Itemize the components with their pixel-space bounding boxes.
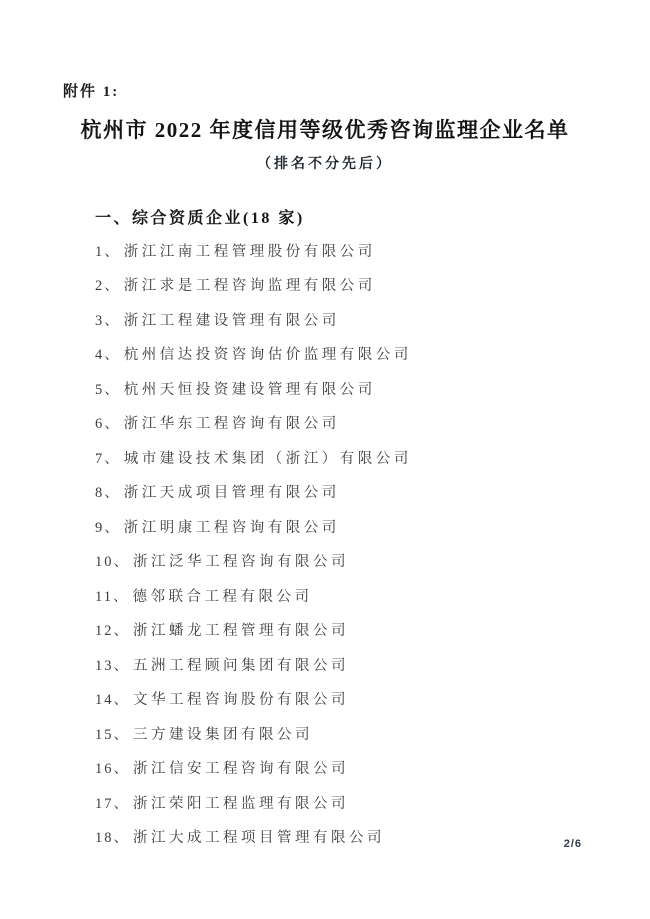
list-item: 10、 浙江泛华工程咨询有限公司	[95, 544, 650, 579]
company-name: 三方建设集团有限公司	[133, 723, 313, 744]
company-name: 德邻联合工程有限公司	[132, 585, 312, 606]
company-list: 1、 浙江江南工程管理股份有限公司 2、 浙江求是工程咨询监理有限公司 3、 浙…	[95, 233, 650, 854]
company-name: 浙江信安工程咨询有限公司	[133, 757, 349, 778]
page-title: 杭州市 2022 年度信用等级优秀咨询监理企业名单	[20, 116, 630, 144]
company-name: 五洲工程顾问集团有限公司	[133, 654, 349, 675]
company-name: 浙江求是工程咨询监理有限公司	[124, 274, 376, 295]
list-item-number: 4、	[95, 343, 121, 364]
list-item-number: 1、	[95, 240, 121, 261]
list-item: 14、 文华工程咨询股份有限公司	[95, 682, 650, 717]
list-item-number: 3、	[95, 309, 121, 330]
list-item: 9、 浙江明康工程咨询有限公司	[95, 509, 650, 544]
company-name: 浙江大成工程项目管理有限公司	[133, 826, 385, 847]
list-item: 8、 浙江天成项目管理有限公司	[95, 475, 650, 510]
list-item-number: 7、	[95, 447, 121, 468]
list-item: 17、 浙江荣阳工程监理有限公司	[95, 785, 650, 820]
section-heading: 一、综合资质企业(18 家)	[95, 205, 650, 228]
company-name: 浙江华东工程咨询有限公司	[124, 412, 340, 433]
list-item: 7、 城市建设技术集团（浙江）有限公司	[95, 440, 650, 475]
list-item-number: 9、	[95, 516, 121, 537]
company-name: 浙江天成项目管理有限公司	[124, 481, 340, 502]
list-item: 11、 德邻联合工程有限公司	[95, 578, 650, 613]
list-item: 3、 浙江工程建设管理有限公司	[95, 302, 650, 337]
list-item: 5、 杭州天恒投资建设管理有限公司	[95, 371, 650, 406]
list-item: 1、 浙江江南工程管理股份有限公司	[95, 233, 650, 268]
list-item: 6、 浙江华东工程咨询有限公司	[95, 406, 650, 441]
list-item-number: 15、	[95, 723, 130, 744]
company-name: 文华工程咨询股份有限公司	[133, 688, 349, 709]
list-item: 2、 浙江求是工程咨询监理有限公司	[95, 268, 650, 303]
list-item: 16、 浙江信安工程咨询有限公司	[95, 751, 650, 786]
list-item-number: 17、	[95, 792, 130, 813]
list-item: 4、 杭州信达投资咨询估价监理有限公司	[95, 337, 650, 372]
list-item-number: 18、	[95, 826, 130, 847]
company-name: 城市建设技术集团（浙江）有限公司	[124, 447, 412, 468]
list-item: 15、 三方建设集团有限公司	[95, 716, 650, 751]
list-item-number: 13、	[95, 654, 130, 675]
list-item-number: 5、	[95, 378, 121, 399]
page-number: 2/6	[564, 838, 582, 850]
list-item-number: 16、	[95, 757, 130, 778]
page-subtitle: （排名不分先后）	[0, 153, 650, 173]
company-name: 浙江蟠龙工程管理有限公司	[133, 619, 349, 640]
list-item-number: 2、	[95, 274, 121, 295]
list-item-number: 8、	[95, 481, 121, 502]
company-name: 浙江明康工程咨询有限公司	[124, 516, 340, 537]
list-item-number: 10、	[95, 550, 130, 571]
list-item-number: 12、	[95, 619, 130, 640]
company-name: 浙江工程建设管理有限公司	[124, 309, 340, 330]
company-name: 杭州信达投资咨询估价监理有限公司	[124, 343, 412, 364]
list-item-number: 6、	[95, 412, 121, 433]
company-name: 杭州天恒投资建设管理有限公司	[124, 378, 376, 399]
list-item-number: 11、	[95, 585, 129, 606]
list-item: 12、 浙江蟠龙工程管理有限公司	[95, 613, 650, 648]
company-name: 浙江江南工程管理股份有限公司	[124, 240, 376, 261]
attachment-label: 附件 1:	[63, 80, 650, 101]
company-name: 浙江荣阳工程监理有限公司	[133, 792, 349, 813]
document-page: 附件 1: 杭州市 2022 年度信用等级优秀咨询监理企业名单 （排名不分先后）…	[0, 0, 650, 919]
list-item-number: 14、	[95, 688, 130, 709]
list-item: 13、 五洲工程顾问集团有限公司	[95, 647, 650, 682]
company-name: 浙江泛华工程咨询有限公司	[133, 550, 349, 571]
